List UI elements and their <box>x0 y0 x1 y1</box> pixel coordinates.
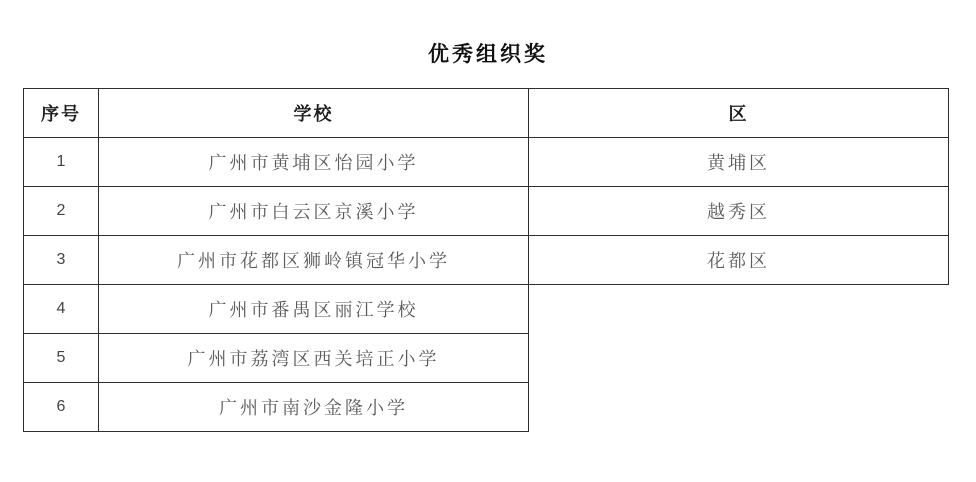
header-school: 学校 <box>99 89 529 138</box>
district-cell: 花都区 <box>529 236 949 285</box>
district-cell: 越秀区 <box>529 187 949 236</box>
award-table: 序号 学校 区 1 广州市黄埔区怡园小学 黄埔区 2 广州市白云区京溪小学 越秀… <box>23 88 949 432</box>
document-page: 优秀组织奖 序号 学校 区 1 广州市黄埔区怡园小学 黄埔区 2 广州市白云区京… <box>0 0 976 482</box>
table-row: 4 广州市番禺区丽江学校 <box>24 285 949 334</box>
district-cell-empty <box>529 334 949 383</box>
school-cell: 广州市花都区狮岭镇冠华小学 <box>99 236 529 285</box>
serial-number-cell: 5 <box>24 334 99 383</box>
school-cell: 广州市南沙金隆小学 <box>99 383 529 432</box>
table-row: 5 广州市荔湾区西关培正小学 <box>24 334 949 383</box>
serial-number-cell: 1 <box>24 138 99 187</box>
table-body: 1 广州市黄埔区怡园小学 黄埔区 2 广州市白云区京溪小学 越秀区 3 广州市花… <box>24 138 949 432</box>
school-cell: 广州市荔湾区西关培正小学 <box>99 334 529 383</box>
page-title: 优秀组织奖 <box>0 38 976 68</box>
table-row: 2 广州市白云区京溪小学 越秀区 <box>24 187 949 236</box>
serial-number-cell: 3 <box>24 236 99 285</box>
school-cell: 广州市黄埔区怡园小学 <box>99 138 529 187</box>
serial-number-cell: 4 <box>24 285 99 334</box>
serial-number-cell: 6 <box>24 383 99 432</box>
header-district: 区 <box>529 89 949 138</box>
school-cell: 广州市番禺区丽江学校 <box>99 285 529 334</box>
table-row: 1 广州市黄埔区怡园小学 黄埔区 <box>24 138 949 187</box>
school-cell: 广州市白云区京溪小学 <box>99 187 529 236</box>
table-header: 序号 学校 区 <box>24 89 949 138</box>
header-row: 序号 学校 区 <box>24 89 949 138</box>
table-row: 6 广州市南沙金隆小学 <box>24 383 949 432</box>
header-serial-number: 序号 <box>24 89 99 138</box>
table-row: 3 广州市花都区狮岭镇冠华小学 花都区 <box>24 236 949 285</box>
serial-number-cell: 2 <box>24 187 99 236</box>
district-cell: 黄埔区 <box>529 138 949 187</box>
district-cell-empty <box>529 285 949 334</box>
district-cell-empty <box>529 383 949 432</box>
